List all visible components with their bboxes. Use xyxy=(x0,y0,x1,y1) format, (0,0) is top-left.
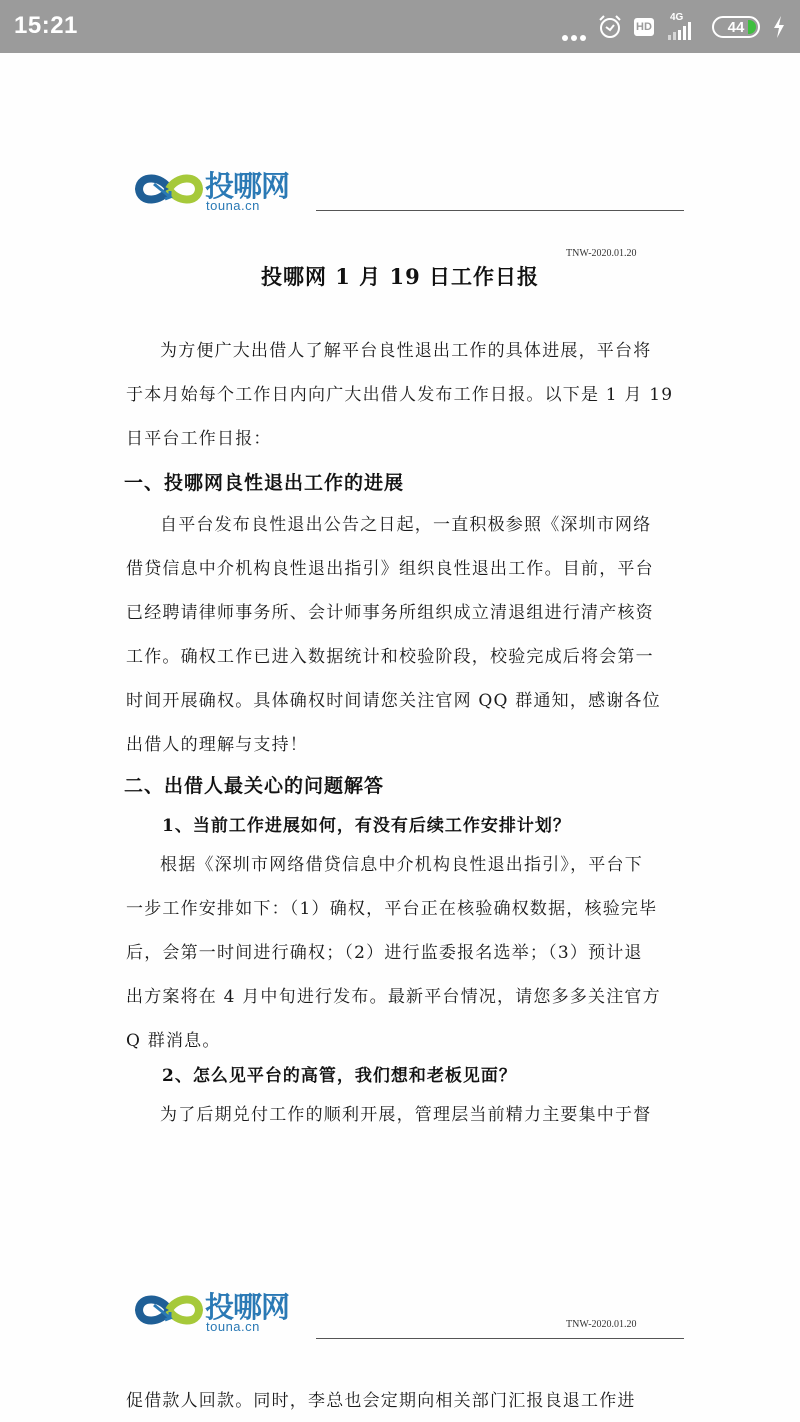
section-1-paragraph: 自平台发布良性退出公告之日起，一直积极参照《深圳市网络 借贷信息中介机构良性退出… xyxy=(126,503,686,767)
infinity-logo-icon xyxy=(132,1285,206,1335)
battery-level: 44 xyxy=(728,19,745,36)
answer-1-paragraph: 根据《深圳市网络借贷信息中介机构良性退出指引》，平台下 一步工作安排如下：（1）… xyxy=(126,843,686,1063)
charging-bolt-icon xyxy=(772,16,786,38)
clock: 15:21 xyxy=(14,12,78,40)
question-1: 1、当前工作进展如何，有没有后续工作安排计划？ xyxy=(162,811,571,836)
section-1-heading: 一、投哪网良性退出工作的进展 xyxy=(124,468,404,495)
more-dots-icon xyxy=(562,13,586,41)
alarm-clock-icon xyxy=(598,14,622,40)
brand-domain: touna.cn xyxy=(206,1319,260,1334)
status-bar: 15:21 HD 4G 44 xyxy=(0,0,800,53)
hd-icon: HD xyxy=(634,18,654,36)
brand-logo: 投哪网 touna.cn xyxy=(132,1281,302,1341)
question-2: 2、怎么见平台的高管，我们想和老板见面？ xyxy=(162,1061,517,1086)
page-title: 投哪网 1 月 19 日工作日报 xyxy=(0,261,800,291)
header-divider xyxy=(316,210,684,211)
section-2-heading: 二、出借人最关心的问题解答 xyxy=(124,771,384,798)
brand-domain: touna.cn xyxy=(206,198,260,213)
signal-4g-icon: 4G xyxy=(666,14,700,40)
document-viewer[interactable]: 投哪网 touna.cn TNW-2020.01.20 投哪网 1 月 19 日… xyxy=(0,53,800,1422)
doc-header: 投哪网 touna.cn TNW-2020.01.20 xyxy=(0,160,800,240)
battery-icon: 44 xyxy=(712,16,760,38)
status-icons: HD 4G 44 xyxy=(562,12,786,42)
brand-logo: 投哪网 touna.cn xyxy=(132,160,302,220)
page-2-paragraph: 促借款人回款。同时，李总也会定期向相关部门汇报良退工作进 xyxy=(126,1379,686,1422)
doc-id: TNW-2020.01.20 xyxy=(566,248,637,259)
infinity-logo-icon xyxy=(132,164,206,214)
answer-2-paragraph: 为了后期兑付工作的顺利开展，管理层当前精力主要集中于督 xyxy=(126,1093,686,1137)
doc-id: TNW-2020.01.20 xyxy=(566,1319,637,1330)
doc-header-page-2: 投哪网 touna.cn TNW-2020.01.20 xyxy=(0,1281,800,1361)
intro-paragraph: 为方便广大出借人了解平台良性退出工作的具体进展，平台将 于本月始每个工作日内向广… xyxy=(126,329,686,461)
header-divider xyxy=(316,1338,684,1339)
